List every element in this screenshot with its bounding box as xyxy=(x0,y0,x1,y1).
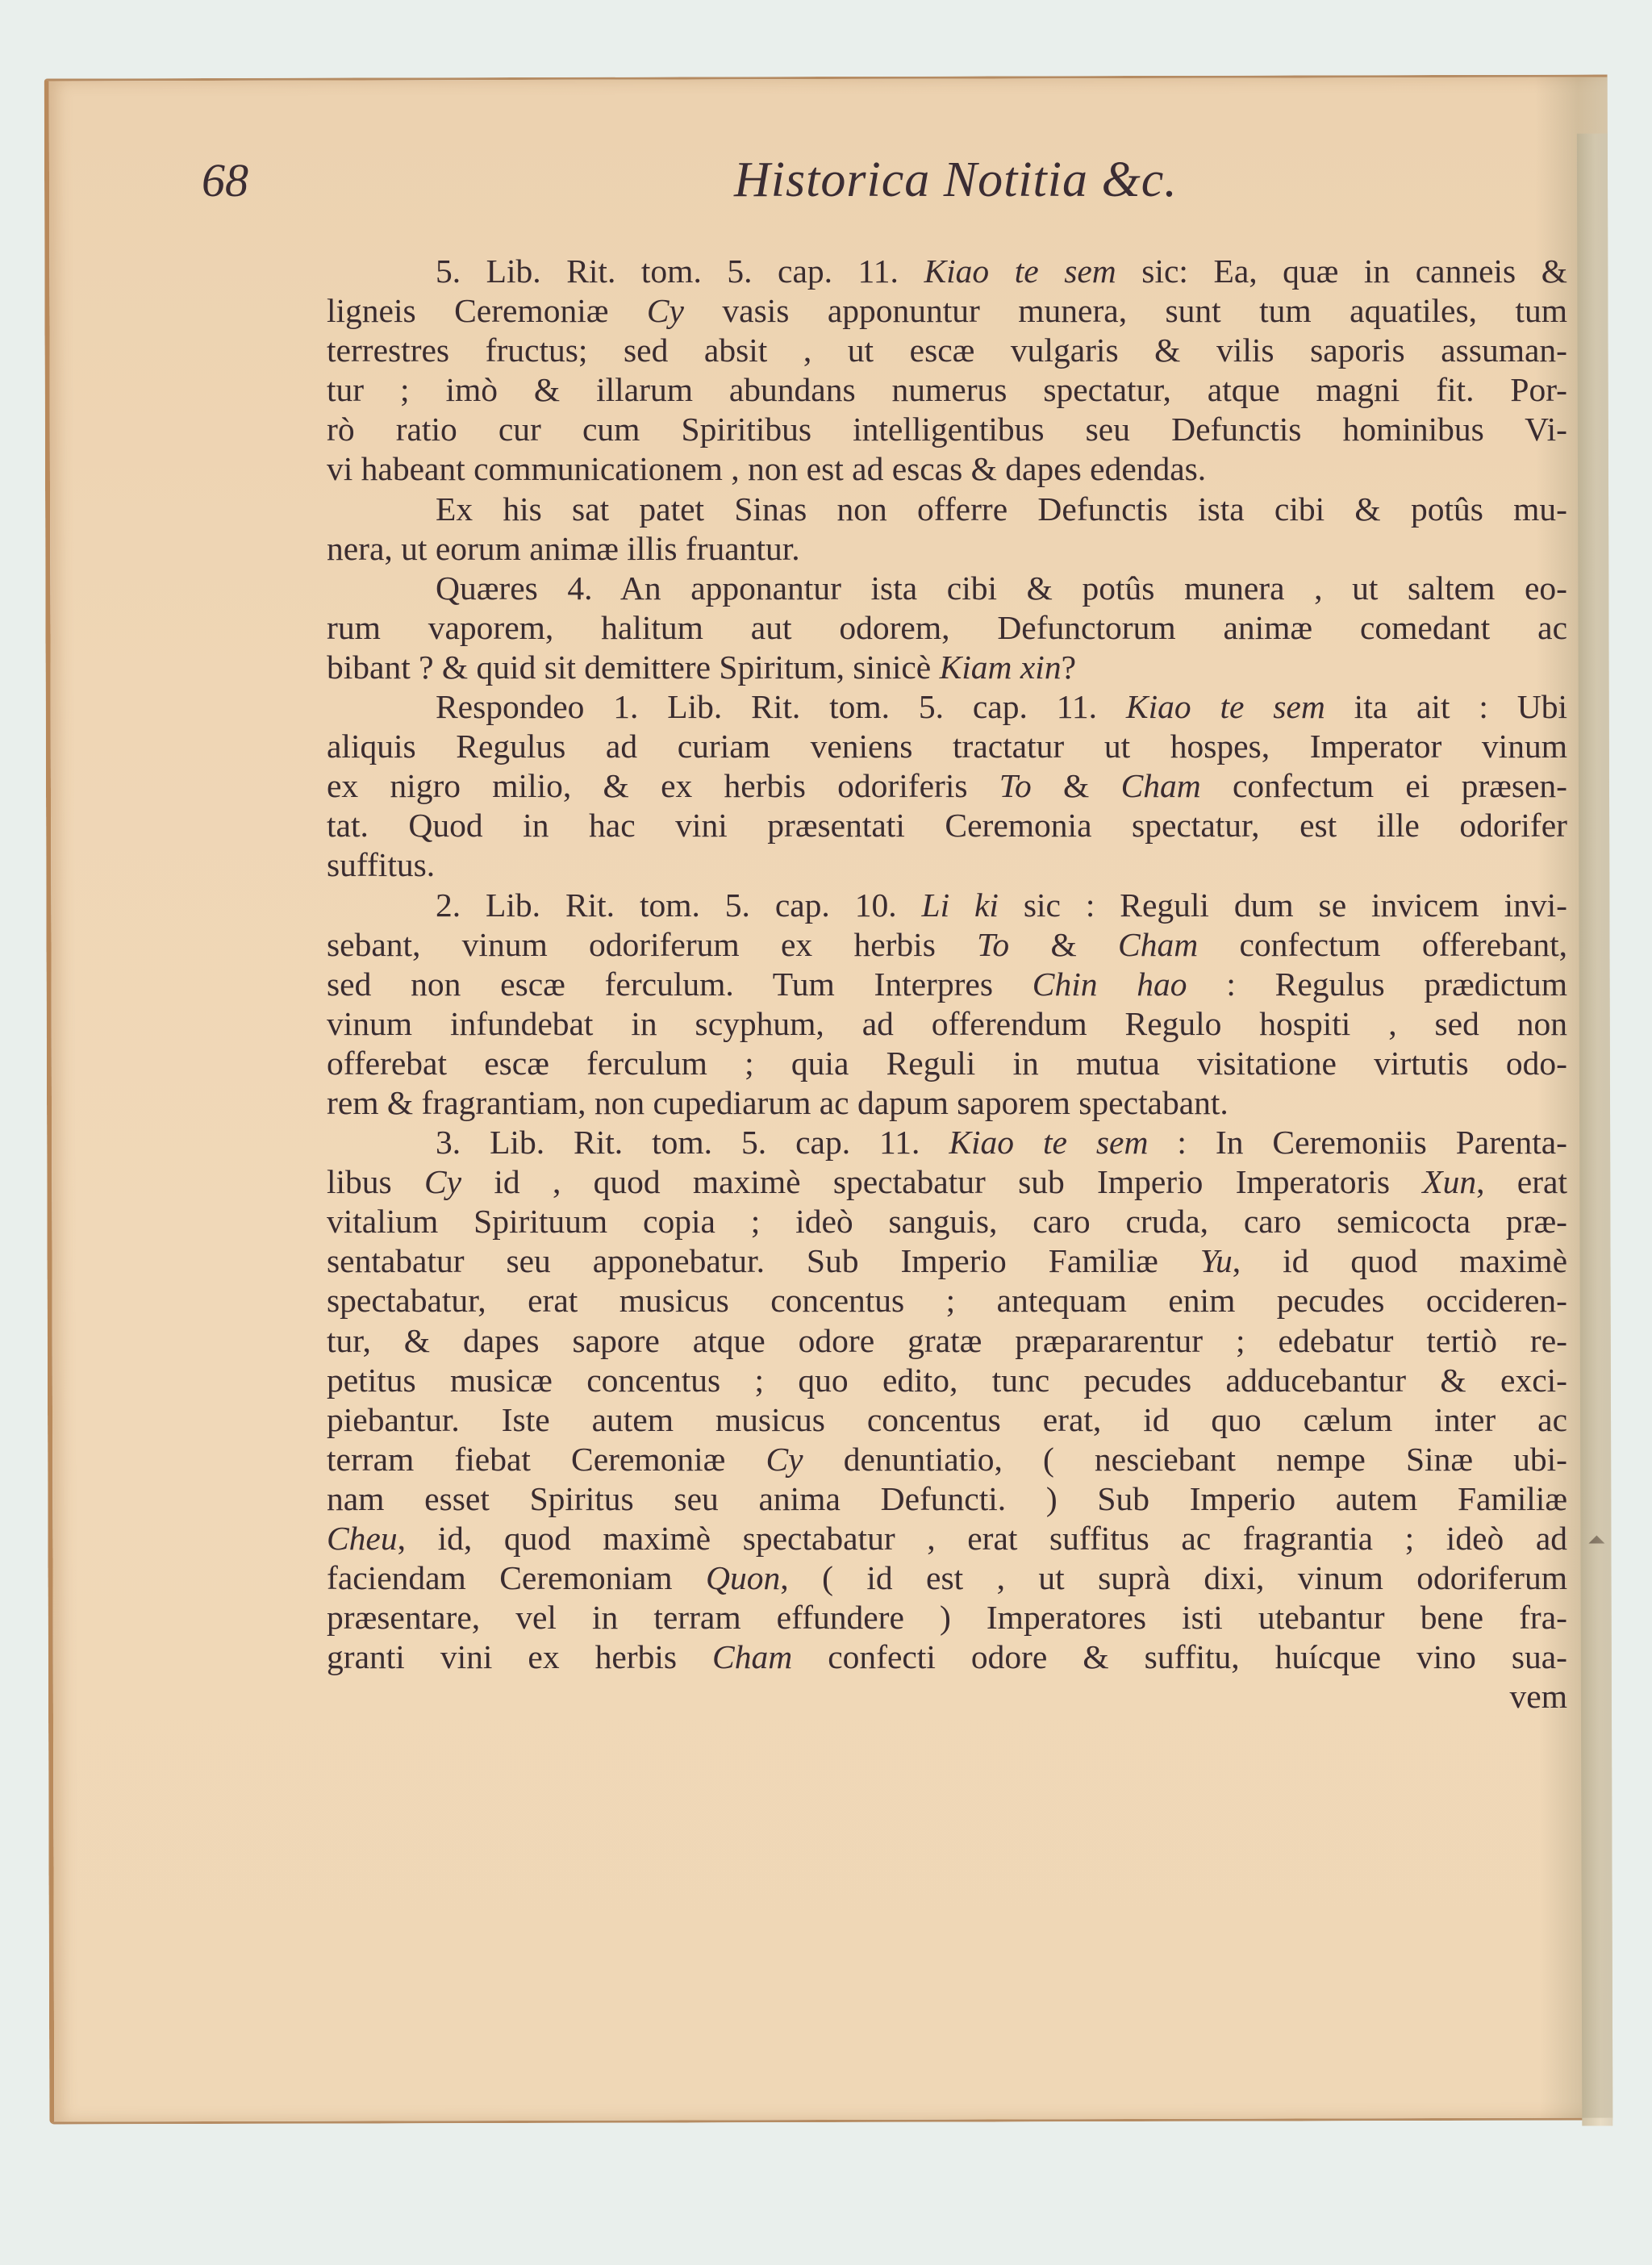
italic-term: Quon xyxy=(706,1559,780,1596)
text-line: bibant ? & quid sit demittere Spiritum, … xyxy=(327,648,1567,687)
text-line: granti vini ex herbis Cham confecti odor… xyxy=(327,1637,1567,1677)
text-line: præsentare, vel in terram effundere ) Im… xyxy=(327,1598,1567,1637)
text-line: spectabatur, erat musicus concentus ; an… xyxy=(327,1281,1567,1320)
italic-term: Cham xyxy=(1121,767,1201,804)
italic-term: Kiao te sem xyxy=(949,1124,1148,1161)
italic-term: Kiam xin xyxy=(940,649,1062,686)
text-line: tur, & dapes sapore atque odore gratæ pr… xyxy=(327,1321,1567,1361)
text-line: Cheu, id, quod maximè spectabatur , erat… xyxy=(327,1519,1567,1558)
text-line: tat. Quod in hac vini præsentati Ceremon… xyxy=(327,806,1567,845)
text-line: terrestres fructus; sed absit , ut escæ … xyxy=(327,331,1567,370)
text-line: Respondeo 1. Lib. Rit. tom. 5. cap. 11. … xyxy=(327,687,1567,727)
page-number: 68 xyxy=(202,153,248,207)
text-line: terram fiebat Ceremoniæ Cy denuntiatio, … xyxy=(327,1440,1567,1479)
body-text: 5. Lib. Rit. tom. 5. cap. 11. Kiao te se… xyxy=(327,252,1567,1716)
text-line: vi habeant communicationem , non est ad … xyxy=(327,449,1567,489)
running-head: Historica Notitia &c. xyxy=(734,152,1178,209)
text-line: rò ratio cur cum Spiritibus intelligenti… xyxy=(327,410,1567,449)
text-line: aliquis Regulus ad curiam veniens tracta… xyxy=(327,727,1567,766)
italic-term: Kiao te sem xyxy=(924,252,1116,290)
text-line: vitalium Spirituum copia ; ideò sanguis,… xyxy=(327,1202,1567,1241)
italic-term: Yu xyxy=(1200,1242,1233,1279)
text-line: ex nigro milio, & ex herbis odoriferis T… xyxy=(327,766,1567,806)
italic-term: Kiao te sem xyxy=(1126,688,1325,725)
text-line: sed non escæ ferculum. Tum Interpres Chi… xyxy=(327,965,1567,1004)
italic-term: To xyxy=(999,767,1032,804)
text-line: 2. Lib. Rit. tom. 5. cap. 10. Li ki sic … xyxy=(327,886,1567,925)
text-line: rum vaporem, halitum aut odorem, Defunct… xyxy=(327,608,1567,648)
text-line: Quæres 4. An apponantur ista cibi & potû… xyxy=(327,569,1567,608)
italic-term: Cham xyxy=(1118,926,1198,963)
page-gutter xyxy=(1577,133,1612,2125)
text-line: offerebat escæ ferculum ; quia Reguli in… xyxy=(327,1044,1567,1083)
catchword: vem xyxy=(327,1677,1567,1716)
italic-term: Cy xyxy=(424,1163,461,1200)
text-line: nam esset Spiritus seu anima Defuncti. )… xyxy=(327,1479,1567,1519)
italic-term: Xun xyxy=(1422,1163,1476,1200)
text-line: faciendam Ceremoniam Quon, ( id est , ut… xyxy=(327,1558,1567,1598)
italic-term: Cham xyxy=(712,1638,792,1675)
italic-term: Cheu xyxy=(327,1520,398,1557)
text-line: piebantur. Iste autem musicus concentus … xyxy=(327,1400,1567,1440)
text-line: sebant, vinum odoriferum ex herbis To & … xyxy=(327,925,1567,965)
italic-term: To xyxy=(977,926,1009,963)
text-line: Ex his sat patet Sinas non offerre Defun… xyxy=(327,490,1567,529)
gutter-mark-icon xyxy=(1588,1535,1604,1543)
text-line: libus Cy id , quod maximè spectabatur su… xyxy=(327,1162,1567,1202)
text-line: 3. Lib. Rit. tom. 5. cap. 11. Kiao te se… xyxy=(327,1123,1567,1162)
text-line: tur ; imò & illarum abundans numerus spe… xyxy=(327,370,1567,410)
text-line: ligneis Ceremoniæ Cy vasis apponuntur mu… xyxy=(327,291,1567,331)
text-line: rem & fragrantiam, non cupediarum ac dap… xyxy=(327,1083,1567,1123)
italic-term: Chin hao xyxy=(1032,966,1187,1003)
page-header: 68 Historica Notitia &c. xyxy=(202,145,1573,210)
text-line: petitus musicæ concentus ; quo edito, tu… xyxy=(327,1361,1567,1400)
text-line: 5. Lib. Rit. tom. 5. cap. 11. Kiao te se… xyxy=(327,252,1567,291)
italic-term: Li ki xyxy=(921,886,998,924)
italic-term: Cy xyxy=(647,292,684,329)
text-line: vinum infundebat in scyphum, ad offerend… xyxy=(327,1004,1567,1044)
text-line: suffitus. xyxy=(327,845,1567,885)
italic-term: Cy xyxy=(766,1441,803,1478)
text-line: sentabatur seu apponebatur. Sub Imperio … xyxy=(327,1241,1567,1281)
text-line: nera, ut eorum animæ illis fruantur. xyxy=(327,529,1567,569)
